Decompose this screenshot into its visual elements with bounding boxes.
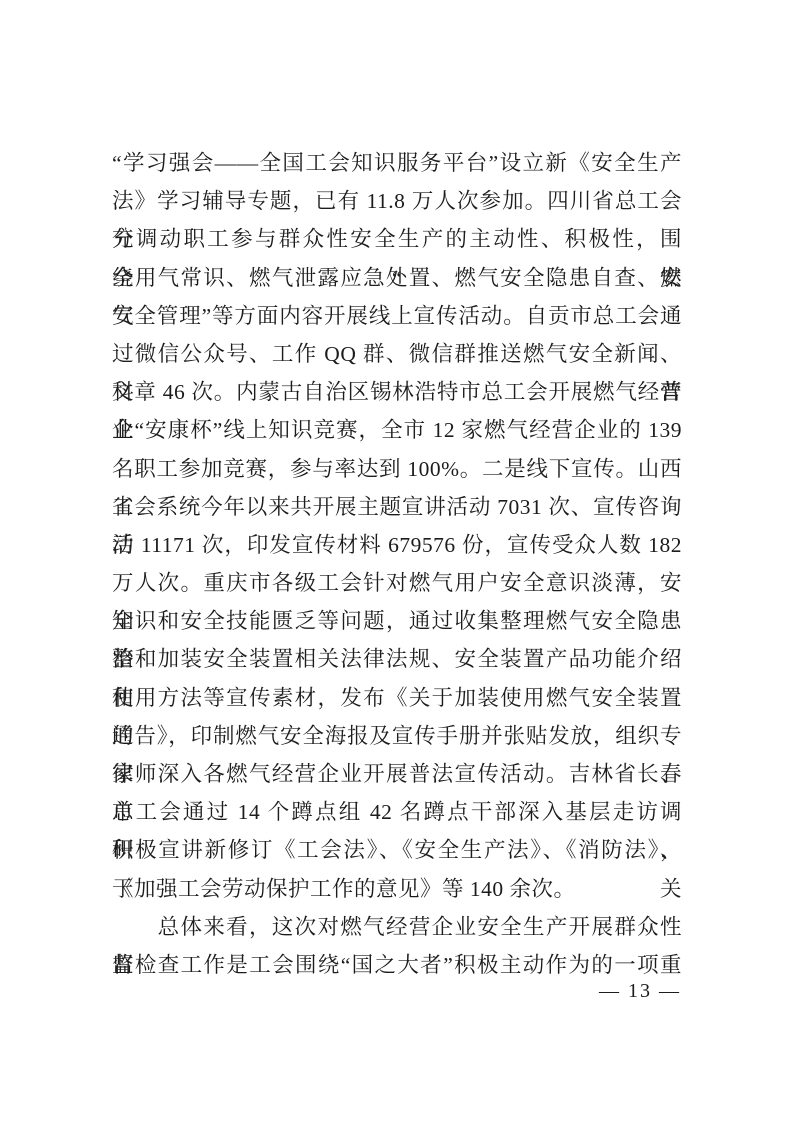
text-line: 过微信公众号、工作 QQ 群、微信群推送燃气安全新闻、科普 <box>112 335 682 373</box>
text-line: 律师深入各燃气经营企业开展普法宣传活动。吉林省长春市 <box>112 755 682 793</box>
text-line: 总工会通过 14 个蹲点组 42 名蹲点干部深入基层走访调研， <box>112 793 682 831</box>
text-line: 工会系统今年以来共开展主题宣讲活动 7031 次、宣传咨询活 <box>112 488 682 526</box>
text-line: 分调动职工参与群众性安全生产的主动性、积极性，围绕“安 <box>112 220 682 258</box>
text-line: 万人次。重庆市各级工会针对燃气用户安全意识淡薄，安全 <box>112 564 682 602</box>
page-number: — 13 — <box>560 978 720 1004</box>
text-line: 动 11171 次，印发宣传材料 679576 份，宣传受众人数 182 <box>112 526 682 564</box>
text-line: 安全管理”等方面内容开展线上宣传活动。自贡市总工会通 <box>112 297 682 335</box>
text-line: “学习强会——全国工会知识服务平台”设立新《安全生产 <box>112 144 682 182</box>
text-line: 业“安康杯”线上知识竞赛，全市 12 家燃气经营企业的 139 <box>112 411 682 449</box>
text-line: 名职工参加竞赛，参与率达到 100%。二是线下宣传。山西省 <box>112 450 682 488</box>
text-line: 文章 46 次。内蒙古自治区锡林浩特市总工会开展燃气经营企 <box>112 373 682 411</box>
text-line: 治和加装安全装置相关法律法规、安全装置产品功能介绍和 <box>112 640 682 678</box>
text-line: 全用气常识、燃气泄露应急处置、燃气安全隐患自查、燃气 <box>112 259 682 297</box>
text-line: 积极宣讲新修订《工会法》、《安全生产法》、《消防法》、《关 <box>112 831 682 869</box>
document-body: “学习强会——全国工会知识服务平台”设立新《安全生产法》学习辅导专题，已有 11… <box>112 144 682 984</box>
text-line: 法》学习辅导专题，已有 11.8 万人次参加。四川省总工会充 <box>112 182 682 220</box>
text-line: 知识和安全技能匮乏等问题，通过收集整理燃气安全隐患整 <box>112 602 682 640</box>
text-line: 总体来看，这次对燃气经营企业安全生产开展群众性监 <box>112 908 682 946</box>
text-line: 使用方法等宣传素材，发布《关于加装使用燃气安全装置的 <box>112 679 682 717</box>
document-page: “学习强会——全国工会知识服务平台”设立新《安全生产法》学习辅导专题，已有 11… <box>0 0 793 1122</box>
text-line: 通告》，印制燃气安全海报及宣传手册并张贴发放，组织专家、 <box>112 717 682 755</box>
